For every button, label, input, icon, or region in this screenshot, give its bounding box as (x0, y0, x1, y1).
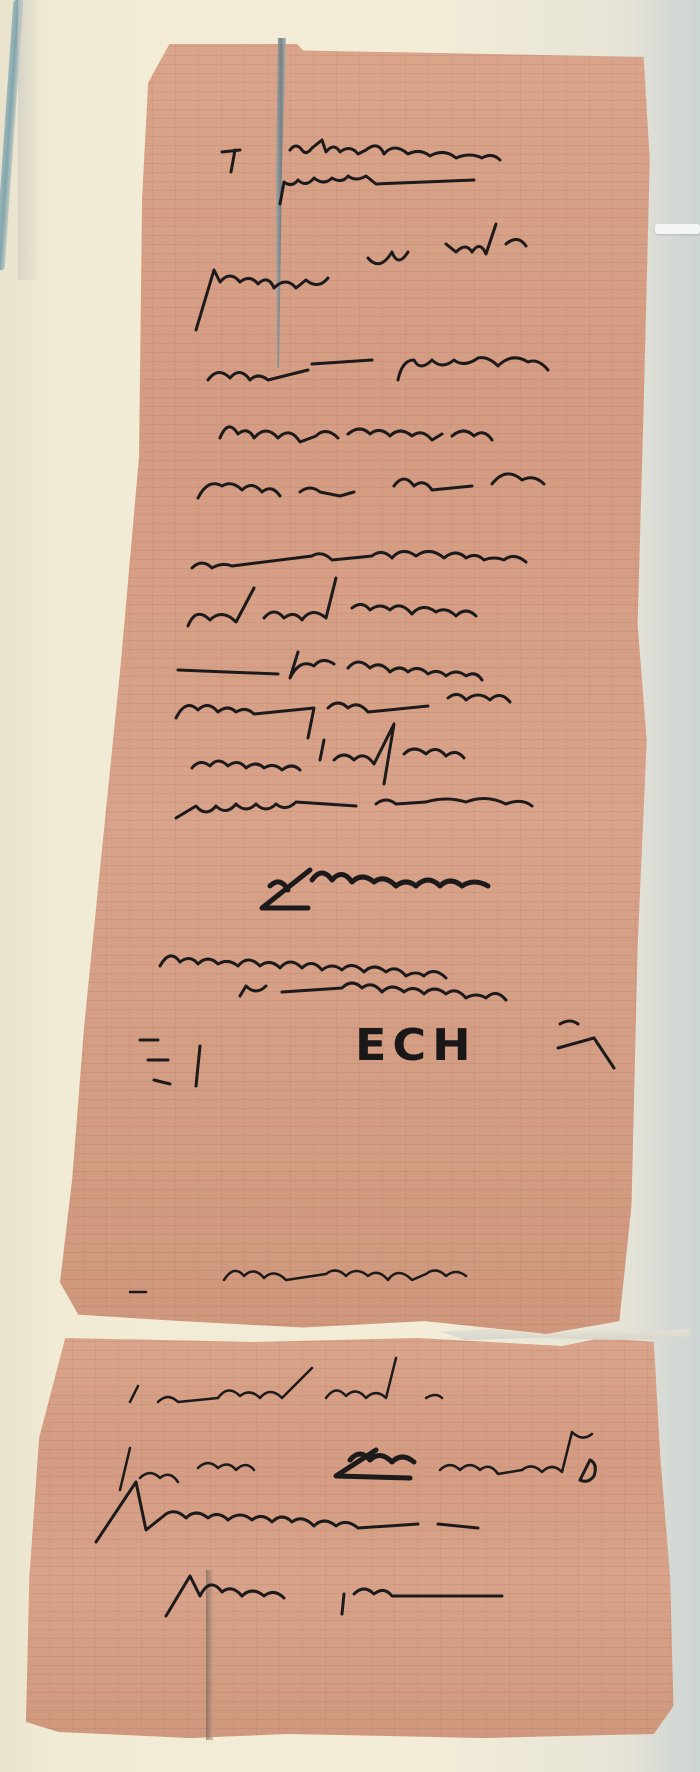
handwriting-strokes (0, 0, 700, 1772)
capital-letters-inscription: ECH (355, 1019, 477, 1070)
papyrus-fragment: ECH Ancient papyrus fragment with Greek … (0, 0, 700, 1772)
